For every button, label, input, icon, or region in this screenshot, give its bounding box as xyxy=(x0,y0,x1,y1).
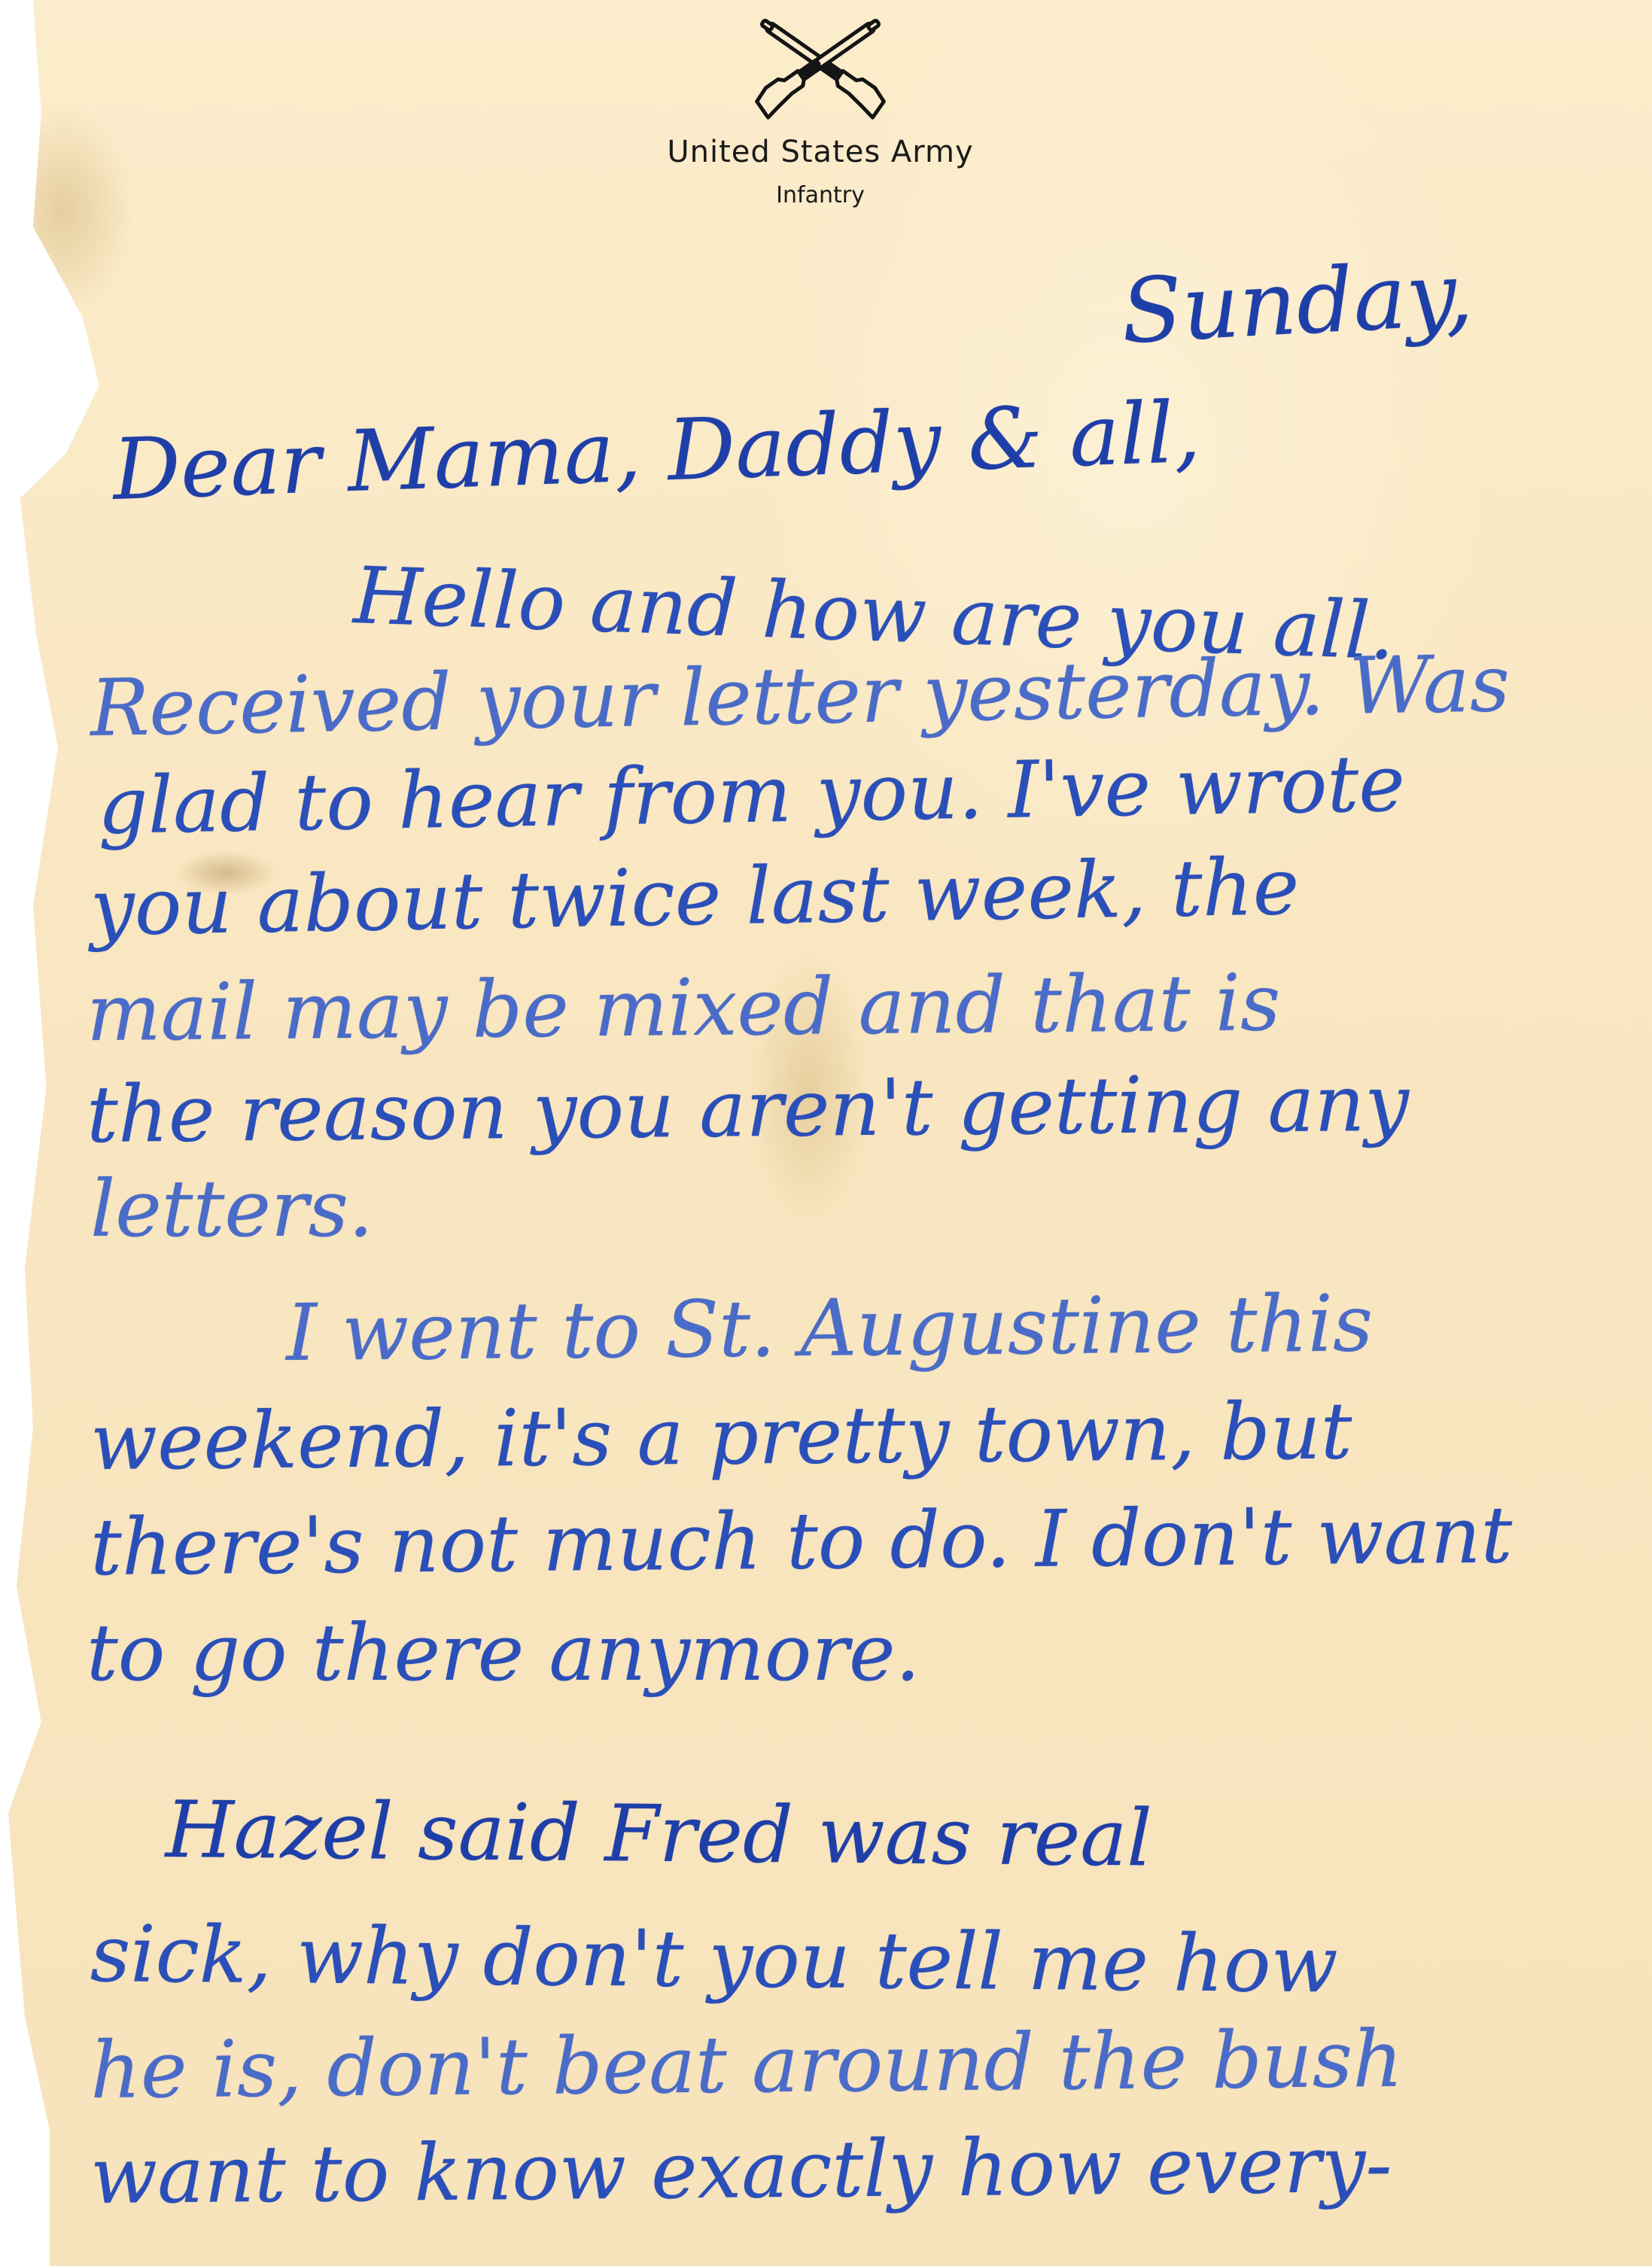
letterhead-subtitle: Infantry xyxy=(662,181,978,211)
letter-line: weekend, it's a pretty town, but xyxy=(90,1385,1352,1488)
letter-line: want to know exactly how every- xyxy=(90,2118,1392,2222)
letter-date: Sunday, xyxy=(1118,242,1475,363)
letterhead: United States Army Infantry xyxy=(662,6,978,211)
crossed-rifles-icon xyxy=(745,6,896,126)
letter-line: Hazel said Fred was real xyxy=(165,1784,1152,1884)
letter-line: Received your letter yesterday. Was xyxy=(90,637,1511,754)
letter-line: sick, why don't you tell me how xyxy=(90,1908,1338,2010)
letter-line: to go there anymore. xyxy=(87,1607,920,1699)
letter-line: mail may be mixed and that is xyxy=(86,957,1280,1059)
edge-stain xyxy=(15,105,135,316)
letter-line: you about twice last week, the xyxy=(90,841,1300,954)
letterhead-title: United States Army xyxy=(662,134,978,170)
letter-line: glad to hear from you. I've wrote xyxy=(97,738,1406,852)
letter-line: there's not much to do. I don't want xyxy=(90,1489,1512,1593)
letter-line: the reason you aren't getting any xyxy=(86,1057,1409,1160)
letter-paper: United States Army Infantry Sunday, Dear… xyxy=(0,0,1652,2266)
letter-line: I went to St. Augustine this xyxy=(285,1277,1373,1379)
letter-line: he is, don't beat around the bush xyxy=(90,2013,1403,2116)
letter-salutation: Dear Mama, Daddy & all, xyxy=(111,384,1202,519)
letter-line: letters. xyxy=(90,1163,373,1255)
